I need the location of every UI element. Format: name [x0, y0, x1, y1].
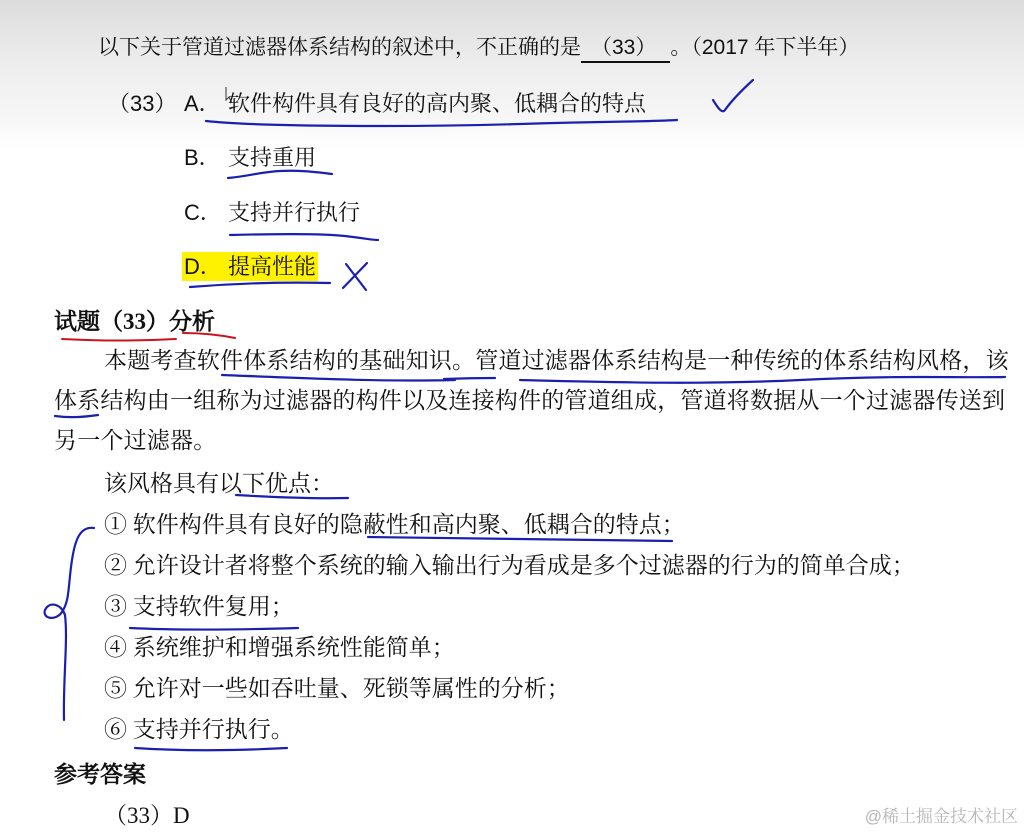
- reference-answer: （33）D: [104, 797, 190, 830]
- option-letter: A．: [184, 87, 228, 118]
- option-text: 支持并行执行: [228, 200, 360, 225]
- underline-option-c: [230, 234, 378, 240]
- cross-icon: [343, 263, 367, 290]
- question-number: （33）: [108, 87, 184, 118]
- advantage-item: ② 允许设计者将整个系统的输入输出行为看成是多个过滤器的行为的简单合成；: [104, 546, 915, 587]
- watermark: @稀土掘金技术社区: [865, 802, 1018, 827]
- option-text: 软件构件具有良好的高内聚、低耦合的特点: [228, 91, 646, 116]
- advantage-item: ④ 系统维护和增强系统性能简单；: [104, 628, 915, 669]
- advantages-list: ① 软件构件具有良好的隐蔽性和高内聚、低耦合的特点； ② 允许设计者将整个系统的…: [104, 505, 915, 751]
- reference-answer-title: 参考答案: [54, 756, 146, 789]
- analysis-paragraph: 本题考查软件体系结构的基础知识。管道过滤器体系结构是一种传统的体系结构风格，该体…: [54, 341, 1014, 461]
- question-stem: 以下关于管道过滤器体系结构的叙述中，不正确的是（33）。（2017 年下半年）: [98, 31, 859, 63]
- option-c: C．支持并行执行: [184, 196, 360, 227]
- analysis-title: 试题（33）分析: [54, 303, 215, 336]
- option-text: 支持重用: [228, 145, 316, 170]
- option-d: D．提高性能: [182, 250, 318, 281]
- curly-brace-icon: [45, 528, 94, 720]
- option-b: B．支持重用: [184, 141, 316, 172]
- advantages-title: 该风格具有以下优点：: [104, 464, 334, 504]
- option-text: 提高性能: [228, 254, 316, 279]
- option-letter: D．: [184, 250, 228, 281]
- question-source: 。（2017 年下半年）: [670, 36, 859, 59]
- underline-option-d: [190, 283, 330, 287]
- advantage-item: ③ 支持软件复用；: [104, 587, 915, 628]
- answer-blank: （33）: [581, 35, 670, 63]
- advantage-item: ⑥ 支持并行执行。: [104, 710, 915, 751]
- option-a: （33）A．软件构件具有良好的高内聚、低耦合的特点: [108, 87, 646, 118]
- highlighted-option: D．提高性能: [182, 252, 318, 281]
- underline-option-a: [206, 120, 677, 126]
- option-letter: B．: [184, 141, 228, 172]
- option-letter: C．: [184, 196, 228, 227]
- question-stem-text: 以下关于管道过滤器体系结构的叙述中，不正确的是: [98, 36, 581, 59]
- advantage-item: ① 软件构件具有良好的隐蔽性和高内聚、低耦合的特点；: [104, 505, 915, 546]
- check-icon: [713, 80, 753, 111]
- advantage-item: ⑤ 允许对一些如吞吐量、死锁等属性的分析；: [104, 669, 915, 710]
